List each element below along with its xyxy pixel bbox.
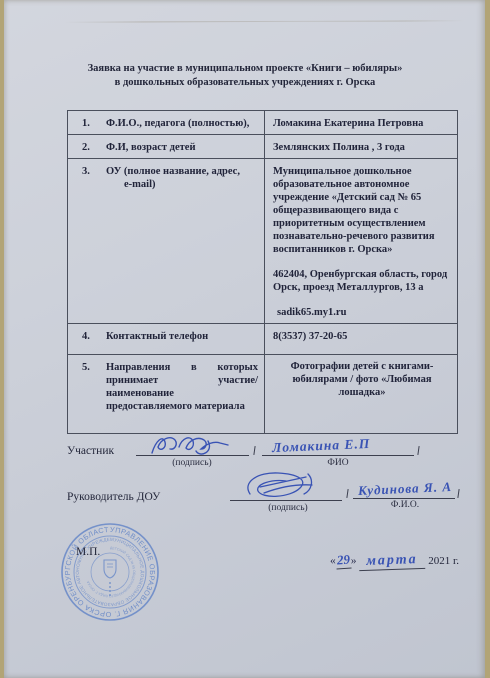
row1-value: Ломакина Екатерина Петровна xyxy=(265,111,457,134)
row-number: 1. xyxy=(68,117,106,130)
title-line-2: в дошкольных образовательных учреждениях… xyxy=(0,76,490,90)
row3-label-line1: ОУ (полное название, адрес, xyxy=(106,166,240,177)
table-row: 3. ОУ (полное название, адрес, e-mail) М… xyxy=(68,159,457,324)
row2-label-cell: 2. Ф.И, возраст детей xyxy=(68,135,265,158)
org-name: Муниципальное дошкольное образовательное… xyxy=(273,165,451,256)
document-title: Заявка на участие в муниципальном проект… xyxy=(0,62,490,90)
row3-label: ОУ (полное название, адрес, e-mail) xyxy=(106,165,258,319)
fio-caption: ФИО xyxy=(288,458,388,468)
handwritten-month: марта xyxy=(359,552,426,571)
table-row: 5. Направления в которых принимает участ… xyxy=(68,355,457,433)
row3-value-cell: Муниципальное дошкольное образовательное… xyxy=(265,159,457,323)
date-year: 2021 г. xyxy=(428,555,459,567)
table-row: 2. Ф.И, возраст детей Землянских Полина … xyxy=(68,135,457,159)
stamp-dot-column xyxy=(109,582,111,596)
row5-label: Направления в которых принимает участие/… xyxy=(106,361,258,429)
participant-signature-line xyxy=(136,433,249,456)
title-line-1: Заявка на участие в муниципальном проект… xyxy=(0,62,490,76)
paper-crease xyxy=(64,20,465,22)
row4-label-cell: 4. Контактный телефон xyxy=(68,324,265,354)
head-name-line xyxy=(353,476,455,499)
handwritten-day: 29 xyxy=(335,551,351,569)
org-website: sadik65.my1.ru xyxy=(273,306,451,319)
head-label: Руководитель ДОУ xyxy=(67,491,160,503)
row-number: 2. xyxy=(68,141,106,154)
date-block: «29» марта 2021 г. xyxy=(330,552,480,570)
photographed-document: { "title": { "line1": "Заявка на участие… xyxy=(0,0,490,678)
row1-label-cell: 1. Ф.И.О., педагога (полностью), xyxy=(68,111,265,134)
mp-label: М.П. xyxy=(76,546,100,558)
round-stamp: УПРАВЛЕНИЕ ОБРАЗОВАНИЯ Г. ОРСКА ОРЕНБУРГ… xyxy=(58,520,162,624)
row3-label-cell: 3. ОУ (полное название, адрес, e-mail) xyxy=(68,159,265,323)
table-row: 1. Ф.И.О., педагога (полностью), Ломакин… xyxy=(68,111,457,135)
row5-value: Фотографии детей с книгами-юбилярами / ф… xyxy=(265,355,457,433)
org-address: 462404, Оренбургская область, город Орск… xyxy=(273,268,451,294)
row5-label-cell: 5. Направления в которых принимает участ… xyxy=(68,355,265,433)
podpis-caption: (подпись) xyxy=(142,458,242,468)
fio-caption-2: Ф.И.О. xyxy=(355,500,455,510)
row-number: 5. xyxy=(68,361,106,429)
row2-value: Землянских Полина , 3 года xyxy=(265,135,457,158)
row2-label: Ф.И, возраст детей xyxy=(106,141,258,154)
close-quote: » xyxy=(351,555,357,567)
participant-name-line xyxy=(262,433,414,456)
row-number: 3. xyxy=(68,165,106,319)
stamp-inner-circle xyxy=(91,553,129,591)
row3-label-line2: e-mail) xyxy=(124,178,258,191)
row-number: 4. xyxy=(68,330,106,350)
row4-value: 8(3537) 37-20-65 xyxy=(265,324,457,354)
application-table: 1. Ф.И.О., педагога (полностью), Ломакин… xyxy=(67,110,458,434)
row4-label: Контактный телефон xyxy=(106,330,258,350)
stamp-emblem xyxy=(104,560,116,578)
row1-label: Ф.И.О., педагога (полностью), xyxy=(106,117,258,130)
table-row: 4. Контактный телефон 8(3537) 37-20-65 xyxy=(68,324,457,355)
head-signature-line xyxy=(230,478,342,501)
podpis-caption-2: (подпись) xyxy=(238,503,338,513)
participant-label: Участник xyxy=(67,445,114,457)
